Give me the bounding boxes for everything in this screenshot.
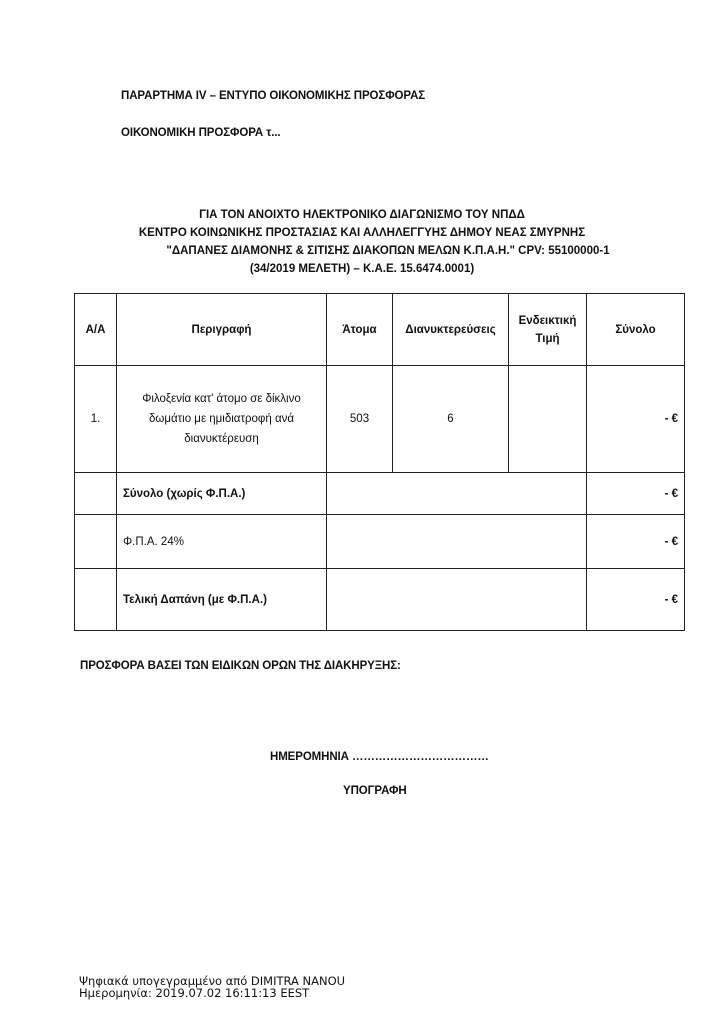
offer-title: ΟΙΚΟΝΟΜΙΚΗ ΠΡΟΣΦΟΡΑ τ... [121, 127, 281, 139]
summary-subtotal-value: - € [587, 473, 685, 515]
tender-description: ΓΙΑ ΤΟΝ ΑΝΟΙΧΤΟ ΗΛΕΚΤΡΟΝΙΚΟ ΔΙΑΓΩΝΙΣΜΟ Τ… [0, 206, 724, 278]
tender-line-2: ΚΕΝΤΡΟ ΚΟΙΝΩΝΙΚΗΣ ΠΡΟΣΤΑΣΙΑΣ ΚΑΙ ΑΛΛΗΛΕΓ… [0, 224, 724, 242]
summary-merged-empty [327, 569, 587, 631]
tender-line-3: "ΔΑΠΑΝΕΣ ΔΙΑΜΟΝΗΣ & ΣΙΤΙΣΗΣ ΔΙΑΚΟΠΩΝ ΜΕΛ… [0, 242, 724, 260]
date-field[interactable]: ΗΜΕΡΟΜΗΝΙΑ ……………………………… [270, 751, 489, 763]
table-header-row: Α/Α Περιγραφή Άτομα Διανυκτερεύσεις Ενδε… [75, 294, 685, 366]
digital-signature-stamp: Ψηφιακά υπογεγραμμένο από DIMITRA NANOU … [79, 975, 345, 999]
table-row: 1. Φιλοξενία κατ' άτομο σε δίκλινο δωμάτ… [75, 366, 685, 473]
offer-table: Α/Α Περιγραφή Άτομα Διανυκτερεύσεις Ενδε… [74, 293, 685, 631]
summary-final-label: Τελική Δαπάνη (με Φ.Π.Α.) [117, 569, 327, 631]
summary-row-vat: Φ.Π.Α. 24% - € [75, 515, 685, 569]
header-aa: Α/Α [75, 294, 117, 366]
summary-vat-label: Φ.Π.Α. 24% [117, 515, 327, 569]
header-nights: Διανυκτερεύσεις [393, 294, 509, 366]
row-unit-price[interactable] [509, 366, 587, 473]
terms-heading: ΠΡΟΣΦΟΡΑ ΒΑΣΕΙ ΤΩΝ ΕΙΔΙΚΩΝ ΟΡΩΝ ΤΗΣ ΔΙΑΚ… [80, 660, 401, 672]
row-description: Φιλοξενία κατ' άτομο σε δίκλινο δωμάτιο … [117, 366, 327, 473]
tender-line-1: ΓΙΑ ΤΟΝ ΑΝΟΙΧΤΟ ΗΛΕΚΤΡΟΝΙΚΟ ΔΙΑΓΩΝΙΣΜΟ Τ… [0, 206, 724, 224]
summary-merged-empty [327, 515, 587, 569]
summary-aa-empty [75, 569, 117, 631]
row-aa: 1. [75, 366, 117, 473]
summary-final-value: - € [587, 569, 685, 631]
summary-subtotal-label: Σύνολο (χωρίς Φ.Π.Α.) [117, 473, 327, 515]
header-persons: Άτομα [327, 294, 393, 366]
summary-merged-empty [327, 473, 587, 515]
digital-signature-date: Ημερομηνία: 2019.07.02 16:11:13 EEST [79, 987, 345, 999]
header-unit-price-line1: Ενδεικτική [509, 312, 586, 330]
summary-aa-empty [75, 473, 117, 515]
signature-label: ΥΠΟΓΡΑΦΗ [343, 785, 407, 797]
summary-aa-empty [75, 515, 117, 569]
annex-title: ΠΑΡΑΡΤΗΜΑ IV – ΕΝΤΥΠΟ ΟΙΚΟΝΟΜΙΚΗΣ ΠΡΟΣΦΟ… [121, 90, 425, 102]
summary-row-subtotal: Σύνολο (χωρίς Φ.Π.Α.) - € [75, 473, 685, 515]
row-total: - € [587, 366, 685, 473]
row-nights: 6 [393, 366, 509, 473]
header-unit-price: Ενδεικτική Τιμή [509, 294, 587, 366]
header-unit-price-line2: Τιμή [509, 330, 586, 348]
row-persons: 503 [327, 366, 393, 473]
tender-line-4: (34/2019 ΜΕΛΕΤΗ) – Κ.Α.Ε. 15.6474.0001) [0, 260, 724, 278]
header-total: Σύνολο [587, 294, 685, 366]
header-description: Περιγραφή [117, 294, 327, 366]
summary-vat-value: - € [587, 515, 685, 569]
summary-row-final: Τελική Δαπάνη (με Φ.Π.Α.) - € [75, 569, 685, 631]
